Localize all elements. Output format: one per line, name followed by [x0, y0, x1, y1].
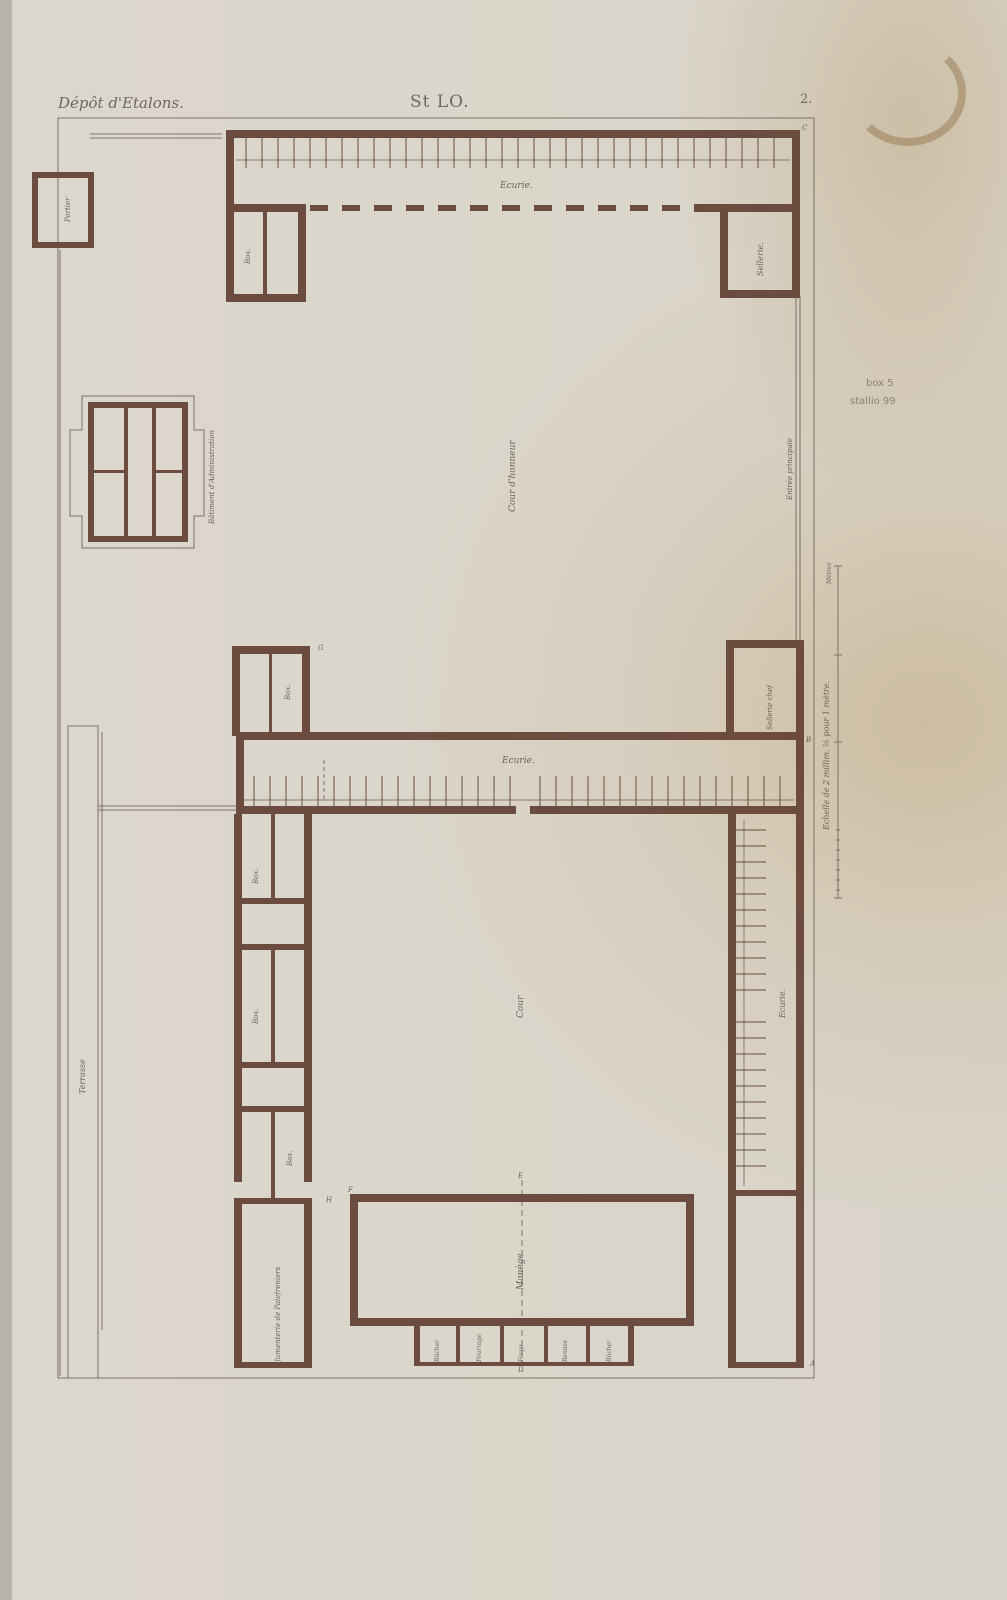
label-saddlery: Sellerie. — [756, 242, 765, 276]
section-marker-b: B — [806, 736, 811, 744]
section-marker-c: C — [802, 124, 807, 132]
label-annex-3: Forge — [518, 1344, 525, 1362]
label-annex-2: Fourrage — [476, 1334, 483, 1362]
handwritten-note-line2: stallio 99 — [850, 396, 896, 407]
label-stallion-stables: Jumenterie de Palefreniers — [274, 1267, 282, 1362]
label-annex-5: Bûcher — [606, 1340, 613, 1362]
section-marker-e: E — [518, 1172, 523, 1180]
label-box-3: Box. — [286, 1150, 294, 1166]
label-stable-top: Ecurie. — [500, 181, 533, 191]
label-annex-4: Remise — [562, 1340, 569, 1362]
section-marker-g: G — [318, 644, 324, 652]
label-stable-middle: Ecurie. — [502, 756, 535, 766]
label-saddlery-chief: Sellerie chef — [766, 685, 774, 730]
label-box-1: Box. — [252, 868, 260, 884]
label-annex-1: Bûcher — [434, 1340, 441, 1362]
plan-sheet: Dépôt d'Etalons. St LO. 2. — [0, 0, 1007, 1600]
label-box-2: Box. — [252, 1008, 260, 1024]
section-marker-d: D — [518, 1366, 524, 1374]
label-honor-court: Cour d'honneur — [508, 440, 518, 512]
scale-unit: Mètres — [826, 562, 833, 584]
section-marker-f: F — [348, 1186, 353, 1194]
label-box-middle-left: Box. — [284, 684, 292, 700]
label-porter: Portier — [64, 197, 72, 222]
section-marker-h: H — [326, 1196, 332, 1204]
label-riding-school: Manège — [516, 1253, 526, 1290]
label-admin-building: Bâtiment d'Administration — [208, 430, 216, 524]
label-terrace: Terrasse — [78, 1059, 87, 1094]
label-court: Cour — [516, 996, 526, 1018]
floor-plan-drawing — [0, 0, 1007, 1600]
section-marker-a: A — [810, 1360, 815, 1368]
handwritten-note-line1: box 5 — [866, 378, 894, 389]
label-stable-right: Ecurie. — [778, 989, 787, 1018]
label-box-top-left: Box. — [244, 248, 252, 264]
site-boundary — [58, 118, 814, 1378]
scale-label: Echelle de 2 millim. ½ pour 1 mètre. — [822, 681, 831, 830]
label-main-entrance: Entrée principale — [786, 438, 794, 500]
